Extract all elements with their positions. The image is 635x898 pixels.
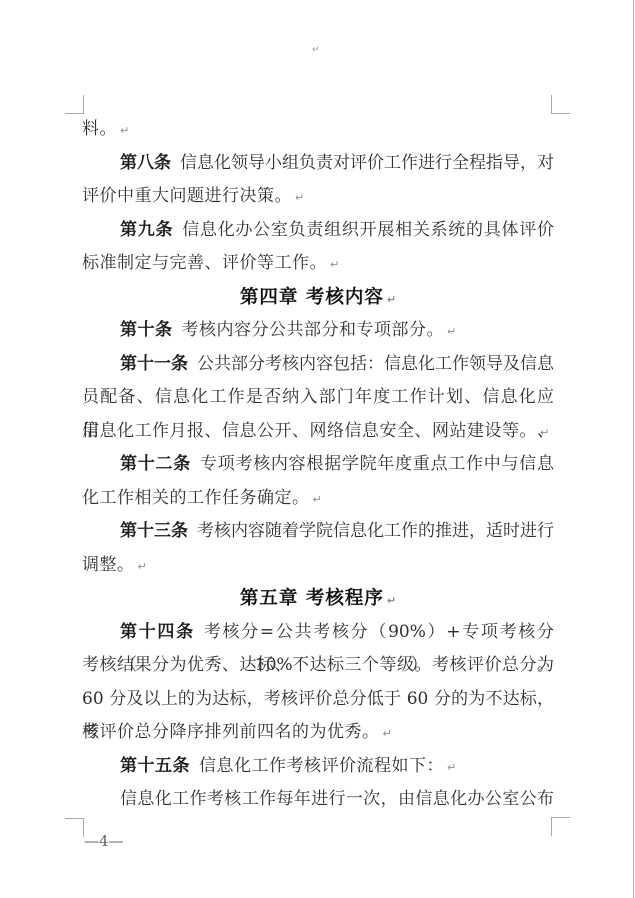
document-body: 料。↵第八条信息化领导小组负责对评价工作进行全程指导，对评价中重大问题进行决策。… [82, 113, 554, 817]
paragraph-mark-icon: ↵ [447, 325, 456, 338]
line-text: 公共部分考核内容包括：信息化工作领导及信息 [197, 354, 554, 374]
line-text: 化工作相关的工作任务确定。 [82, 488, 310, 508]
line-text: 考核结果分为优秀、达标、不达标三个等级。考核评价总分为 [82, 655, 554, 675]
chapter-heading: 第四章 考核内容↵ [82, 281, 554, 315]
text-line: 第八条信息化领导小组负责对评价工作进行全程指导，对 [82, 147, 554, 181]
line-text: 专项考核内容根据学院年度重点工作中与信息 [200, 454, 554, 474]
paragraph-mark-icon: ↵ [330, 258, 339, 271]
paragraph-mark-icon: ↵ [540, 426, 549, 439]
document-page: ↵ 料。↵第八条信息化领导小组负责对评价工作进行全程指导，对评价中重大问题进行决… [0, 0, 635, 898]
text-line: 60 分及以上的为达标，考核评价总分低于 60 分的为不达标，考 [82, 683, 554, 717]
article-number: 第九条 [120, 220, 173, 240]
text-line: 第十四条考核分=公共考核分（90%）+专项考核分（10%）。 [82, 616, 554, 650]
text-line: 第十一条公共部分考核内容包括：信息化工作领导及信息 [82, 348, 554, 382]
text-line: 料。↵ [82, 113, 554, 147]
text-line: 第十五条信息化工作考核评价流程如下：↵ [82, 750, 554, 784]
text-line: 化工作相关的工作任务确定。↵ [82, 482, 554, 516]
page-number: —4— [84, 832, 124, 850]
article-number: 第十二条 [120, 454, 191, 474]
line-text: 料。 [82, 119, 117, 139]
paragraph-mark-icon: ↵ [120, 124, 129, 137]
line-text: 信息化工作月报、信息公开、网络信息安全、网站建设等。 [82, 421, 537, 441]
text-line: 标准制定与完善、评价等工作。↵ [82, 247, 554, 281]
crop-mark-bottom-right [551, 817, 570, 836]
line-text: 第四章 考核内容 [240, 287, 384, 308]
text-line: 第十三条考核内容随着学院信息化工作的推进，适时进行 [82, 515, 554, 549]
article-number: 第十一条 [120, 354, 188, 374]
line-text: 第五章 考核程序 [240, 588, 384, 609]
text-line: 调整。↵ [82, 549, 554, 583]
text-line: 员配备、信息化工作是否纳入部门年度工作计划、信息化应用、 [82, 381, 554, 415]
text-line: 第九条信息化办公室负责组织开展相关系统的具体评价 [82, 214, 554, 248]
line-text: 考核内容分公共部分和专项部分。 [182, 320, 445, 340]
header-paragraph-mark-icon: ↵ [312, 45, 320, 55]
chapter-heading: 第五章 考核程序↵ [82, 582, 554, 616]
text-line: 评价中重大问题进行决策。↵ [82, 180, 554, 214]
text-line: 核评价总分降序排列前四名的为优秀。↵ [82, 716, 554, 750]
paragraph-mark-icon: ↵ [313, 493, 322, 506]
line-text: 评价中重大问题进行决策。 [82, 186, 292, 206]
text-line: 第十条考核内容分公共部分和专项部分。↵ [82, 314, 554, 348]
text-line: 信息化工作考核工作每年进行一次，由信息化办公室公布 [82, 783, 554, 817]
article-number: 第八条 [120, 153, 171, 173]
line-text: 调整。 [82, 555, 135, 575]
text-line: 信息化工作月报、信息公开、网络信息安全、网站建设等。↵ [82, 415, 554, 449]
line-text: 标准制定与完善、评价等工作。 [82, 253, 327, 273]
article-number: 第十五条 [120, 756, 190, 776]
text-line: 考核结果分为优秀、达标、不达标三个等级。考核评价总分为 [82, 649, 554, 683]
line-text: 考核内容随着学院信息化工作的推进，适时进行 [197, 521, 554, 541]
paragraph-mark-icon: ↵ [447, 761, 456, 774]
article-number: 第十三条 [120, 521, 188, 541]
crop-mark-top-left [65, 95, 84, 114]
crop-mark-top-right [551, 95, 570, 114]
page-edge-line [633, 0, 634, 898]
paragraph-mark-icon: ↵ [295, 191, 304, 204]
paragraph-mark-icon: ↵ [387, 293, 396, 306]
line-text: 信息化工作考核评价流程如下： [199, 756, 444, 776]
line-text: 核评价总分降序排列前四名的为优秀。 [82, 722, 380, 742]
article-number: 第十四条 [120, 622, 195, 642]
line-text: 信息化办公室负责组织开展相关系统的具体评价 [182, 220, 554, 240]
paragraph-mark-icon: ↵ [138, 560, 147, 573]
paragraph-mark-icon: ↵ [387, 594, 396, 607]
crop-mark-bottom-left [65, 818, 84, 837]
line-text: 信息化领导小组负责对评价工作进行全程指导，对 [180, 153, 554, 173]
paragraph-mark-icon: ↵ [383, 727, 392, 740]
text-line: 第十二条专项考核内容根据学院年度重点工作中与信息 [82, 448, 554, 482]
line-text: 信息化工作考核工作每年进行一次，由信息化办公室公布 [120, 789, 554, 809]
article-number: 第十条 [120, 320, 173, 340]
